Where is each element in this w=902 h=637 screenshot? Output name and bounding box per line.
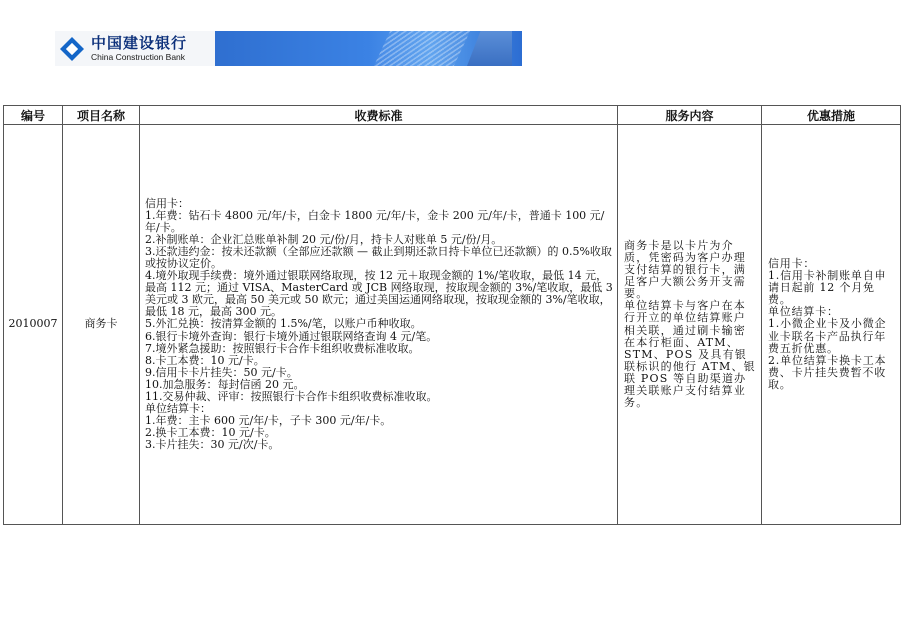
fee-line: 3.还款违约金：按未还款额（全部应还款额 — 截止到期还款日持卡单位已还款额）的… bbox=[145, 246, 613, 270]
bank-logo: 中国建设银行 China Construction Bank bbox=[55, 31, 215, 66]
cell-discounts: 信用卡： 1.信用卡补制账单自申请日起前 12 个月免费。 单位结算卡： 1.小… bbox=[762, 125, 901, 525]
fee-line: 11.交易仲裁、评审：按照银行卡合作卡组织收费标准收取。 bbox=[145, 391, 613, 403]
table-header-row: 编号 项目名称 收费标准 服务内容 优惠措施 bbox=[4, 106, 901, 125]
cell-id: 2010007 bbox=[4, 125, 63, 525]
fee-line: 6.银行卡境外查询：银行卡境外通过银联网络查询 4 元/笔。 bbox=[145, 331, 613, 343]
banner-image bbox=[215, 31, 522, 66]
bank-banner: 中国建设银行 China Construction Bank bbox=[55, 31, 522, 66]
cell-name: 商务卡 bbox=[63, 125, 140, 525]
discount-line: 2.单位结算卡换卡工本费、卡片挂失费暂不收取。 bbox=[768, 355, 896, 391]
service-paragraph: 商务卡是以卡片为介质，凭密码为客户办理支付结算的银行卡，满足客户大额公务开支需要… bbox=[624, 240, 757, 300]
column-header-discounts: 优惠措施 bbox=[762, 106, 901, 125]
discount-line: 1.小微企业卡及小微企业卡联名卡产品执行年费五折优惠。 bbox=[768, 318, 896, 354]
bank-name-en: China Construction Bank bbox=[91, 53, 187, 62]
column-header-name: 项目名称 bbox=[63, 106, 140, 125]
fee-table: 编号 项目名称 收费标准 服务内容 优惠措施 2010007 商务卡 信用卡： … bbox=[3, 105, 901, 525]
cell-service-content: 商务卡是以卡片为介质，凭密码为客户办理支付结算的银行卡，满足客户大额公务开支需要… bbox=[618, 125, 762, 525]
fee-line: 3.卡片挂失：30 元/次/卡。 bbox=[145, 439, 613, 451]
fee-line: 信用卡： bbox=[145, 198, 613, 210]
fee-line: 7.境外紧急援助：按照银行卡合作卡组织收费标准收取。 bbox=[145, 343, 613, 355]
fee-line: 1.年费：钻石卡 4800 元/年/卡，白金卡 1800 元/年/卡，金卡 20… bbox=[145, 210, 613, 234]
fee-line: 4.境外取现手续费：境外通过银联网络取现，按 12 元＋取现金额的 1%/笔收取… bbox=[145, 270, 613, 318]
fee-line: 5.外汇兑换：按清算金额的 1.5%/笔，以账户币种收取。 bbox=[145, 318, 613, 330]
column-header-service-content: 服务内容 bbox=[618, 106, 762, 125]
cell-fee-standard: 信用卡： 1.年费：钻石卡 4800 元/年/卡，白金卡 1800 元/年/卡，… bbox=[140, 125, 618, 525]
bank-name-cn: 中国建设银行 bbox=[91, 36, 187, 51]
table-row: 2010007 商务卡 信用卡： 1.年费：钻石卡 4800 元/年/卡，白金卡… bbox=[4, 125, 901, 525]
column-header-id: 编号 bbox=[4, 106, 63, 125]
fee-line: 8.卡工本费：10 元/卡。 bbox=[145, 355, 613, 367]
service-paragraph: 单位结算卡与客户在本行开立的单位结算账户相关联，通过刷卡输密在本行柜面、ATM、… bbox=[624, 300, 757, 409]
ccb-logo-icon bbox=[58, 35, 86, 63]
discount-line: 1.信用卡补制账单自申请日起前 12 个月免费。 bbox=[768, 270, 896, 306]
column-header-fee-standard: 收费标准 bbox=[140, 106, 618, 125]
